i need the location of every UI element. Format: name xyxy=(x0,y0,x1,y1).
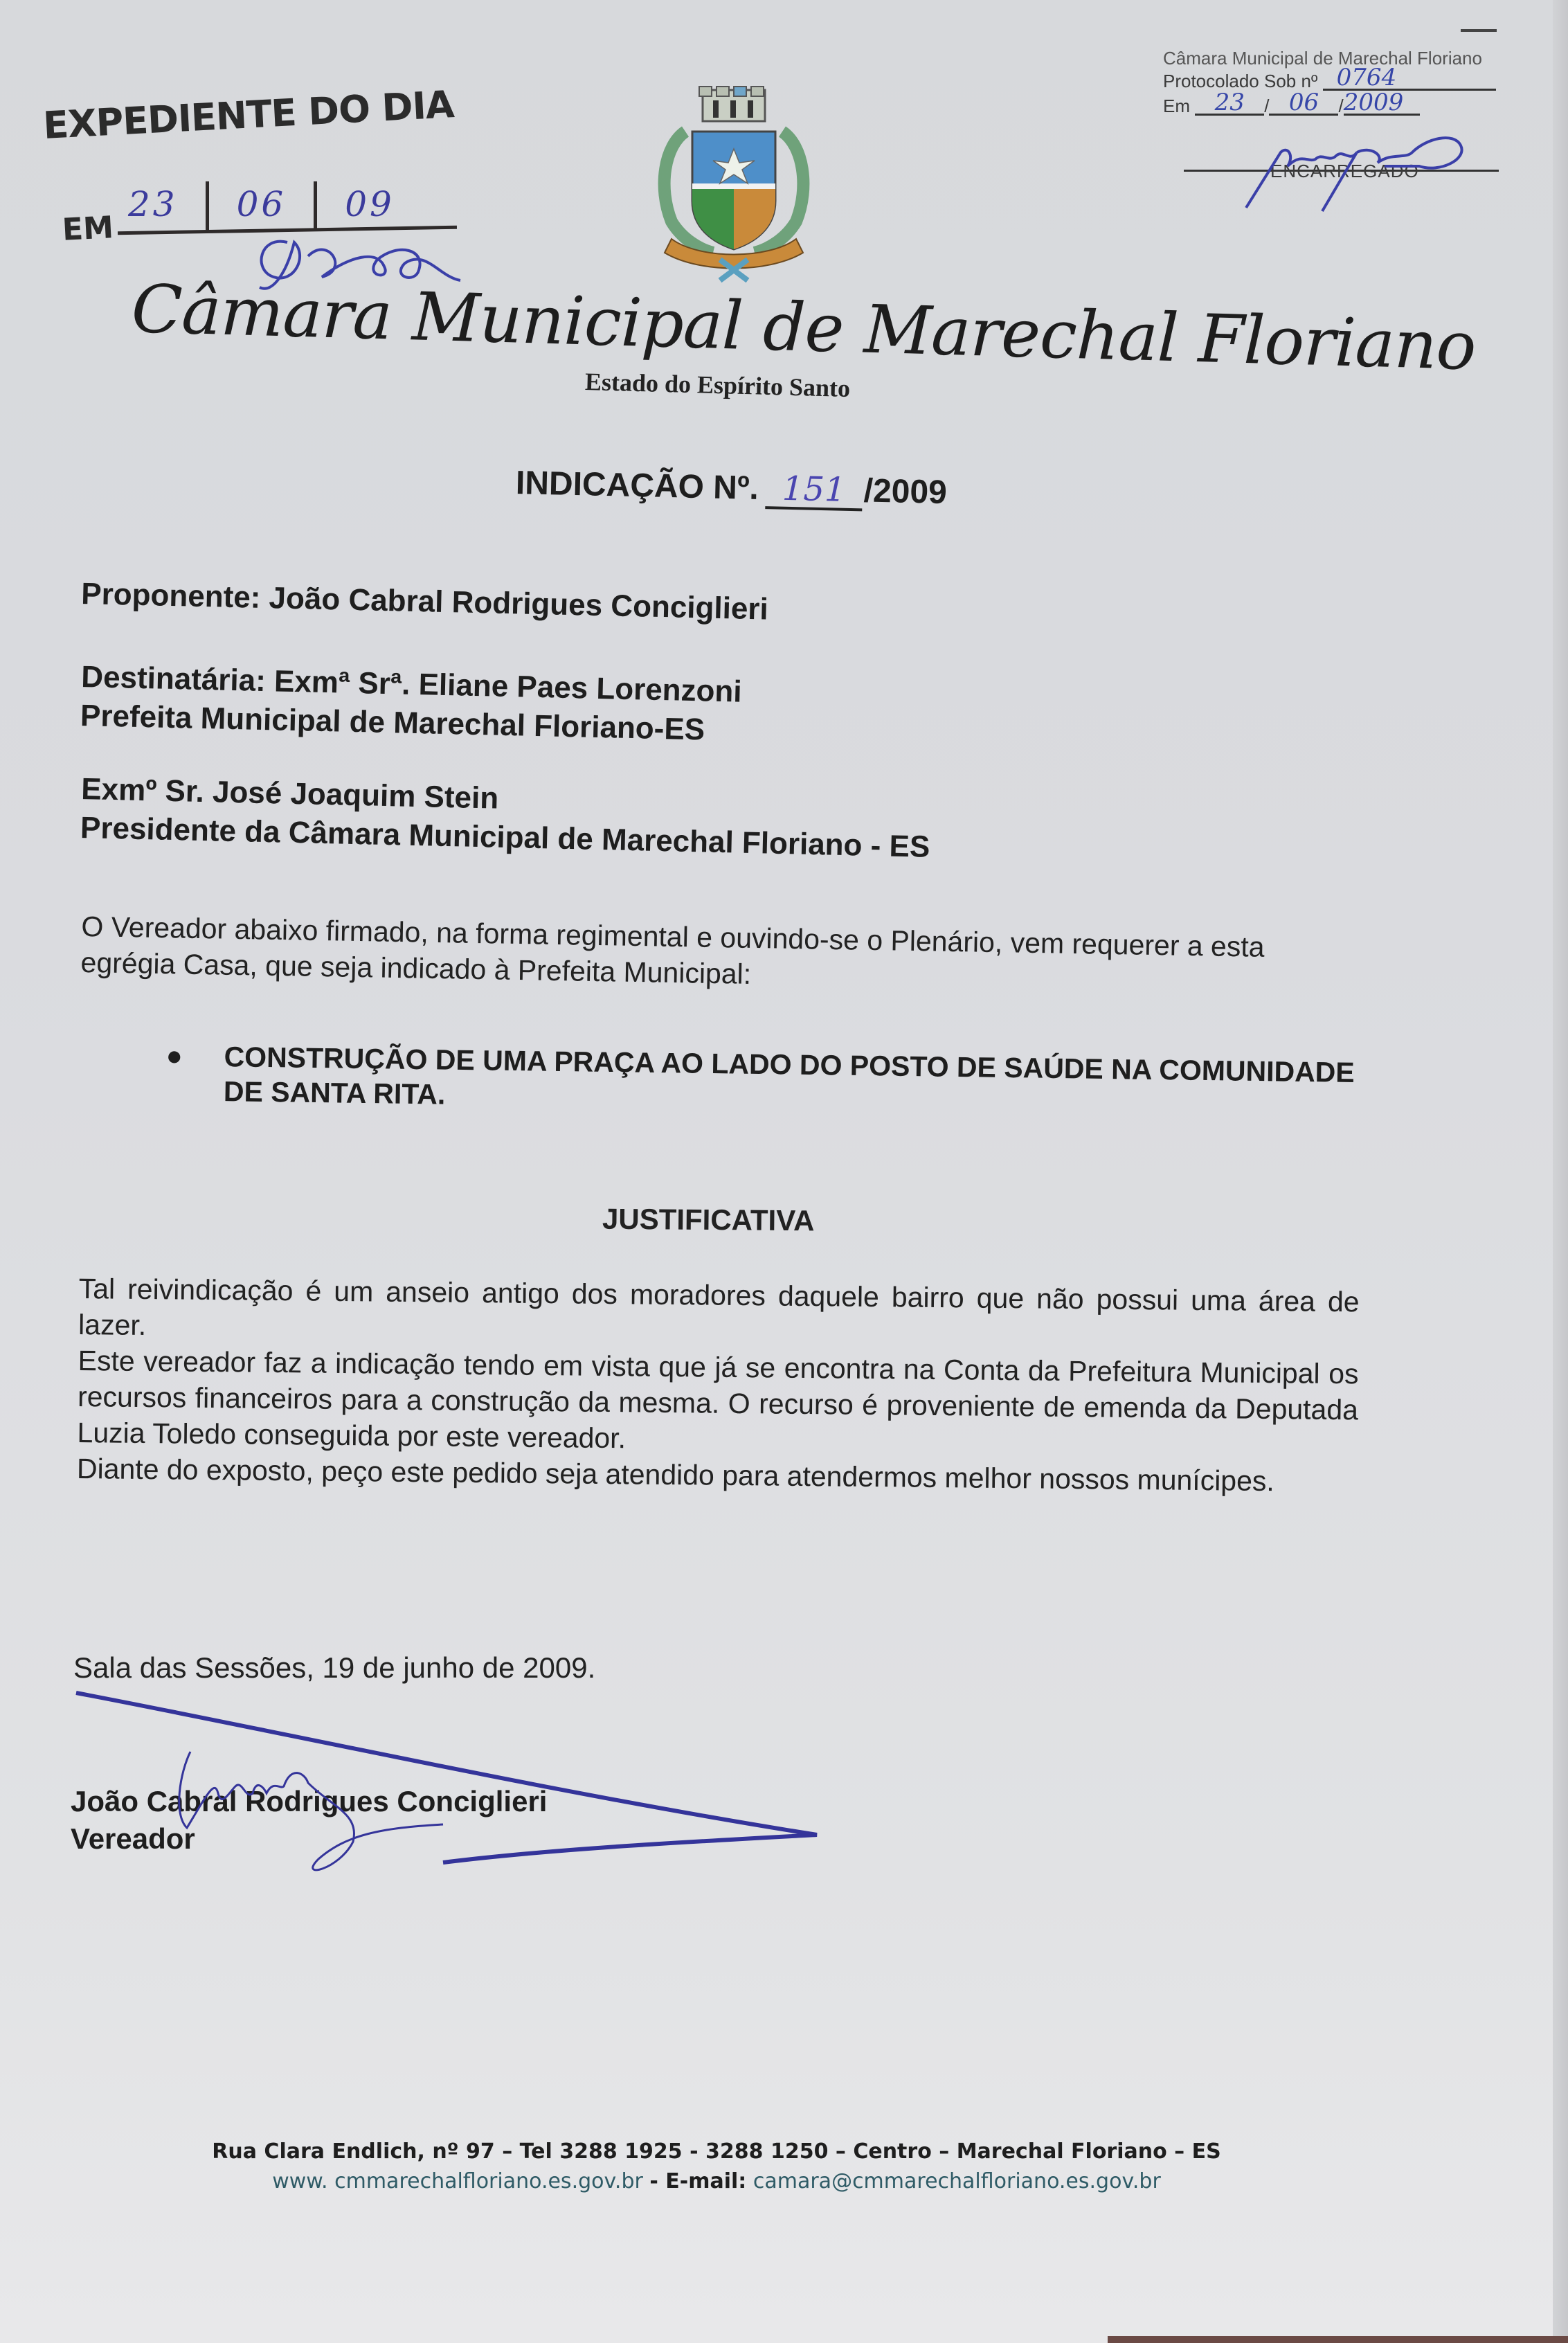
footer-address: Rua Clara Endlich, nº 97 – Tel 3288 1925… xyxy=(156,2139,1277,2164)
background-strip xyxy=(1108,2336,1568,2343)
coat-of-arms-icon xyxy=(644,83,824,284)
date-separator xyxy=(314,181,317,230)
footer-website-link[interactable]: www. cmmarechalfloriano.es.gov.br xyxy=(272,2169,643,2193)
protocol-date-day-field: 23 xyxy=(1195,93,1264,116)
corner-mark xyxy=(1461,29,1497,32)
intro-paragraph: O Vereador abaixo firmado, na forma regi… xyxy=(80,908,1362,1003)
protocol-number-row: Protocolado Sob nº 0764 xyxy=(1163,68,1523,87)
protocol-date-month-field: 06 xyxy=(1269,93,1338,116)
letterhead-title: Câmara Municipal de Marechal Floriano xyxy=(130,270,1477,385)
expediente-date-month: 06 xyxy=(237,184,287,224)
handwritten-signature-icon xyxy=(69,1689,865,1883)
indicacao-number: 151 xyxy=(765,470,863,511)
expediente-date-year: 09 xyxy=(345,184,395,224)
justificativa-body: Tal reivindicação é um anseio antigo dos… xyxy=(77,1271,1360,1500)
indicacao-year: /2009 xyxy=(863,472,947,511)
protocol-number-field: 0764 xyxy=(1323,68,1496,91)
request-item: ● CONSTRUÇÃO DE UMA PRAÇA AO LADO DO POS… xyxy=(165,1039,1364,1124)
bullet-icon: ● xyxy=(165,1039,224,1108)
document-page: EXPEDIENTE DO DIA EM 23 06 09 xyxy=(0,0,1568,2343)
footer-email-link[interactable]: camara@cmmarechalfloriano.es.gov.br xyxy=(753,2169,1161,2193)
justificativa-heading: JUSTIFICATIVA xyxy=(602,1203,815,1238)
proponente: Proponente: João Cabral Rodrigues Concig… xyxy=(81,575,1369,643)
recipient-president: Exmº Sr. José Joaquim Stein Presidente d… xyxy=(80,770,1369,877)
footer: Rua Clara Endlich, nº 97 – Tel 3288 1925… xyxy=(156,2139,1277,2193)
page-edge xyxy=(1553,0,1568,2343)
destinataria: Destinatária: Exmª Srª. Eliane Paes Lore… xyxy=(80,658,1369,764)
justificativa-paragraph: Tal reivindicação é um anseio antigo dos… xyxy=(78,1271,1360,1356)
date-separator xyxy=(206,181,209,230)
protocol-signature-icon xyxy=(1218,125,1495,215)
request-text: CONSTRUÇÃO DE UMA PRAÇA AO LADO DO POSTO… xyxy=(224,1039,1364,1124)
protocol-date-year-field: 2009 xyxy=(1344,93,1420,116)
protocol-stamp: Câmara Municipal de Marechal Floriano Pr… xyxy=(1163,48,1523,112)
protocol-date-label: Em xyxy=(1163,96,1190,116)
footer-contacts: www. cmmarechalfloriano.es.gov.br - E-ma… xyxy=(156,2169,1277,2193)
expediente-date: 23 06 09 xyxy=(128,181,395,224)
expediente-date-day: 23 xyxy=(128,184,178,224)
protocol-date-month: 06 xyxy=(1289,89,1319,116)
protocol-date-year: 2009 xyxy=(1344,89,1404,116)
letterhead-subtitle: Estado do Espírito Santo xyxy=(585,367,851,403)
protocol-date-row: Em 23/06/2009 xyxy=(1163,93,1523,112)
protocol-number: 0764 xyxy=(1337,64,1397,91)
expediente-stamp-title: EXPEDIENTE DO DIA xyxy=(42,82,455,147)
indicacao-label: INDICAÇÃO Nº. xyxy=(515,465,759,507)
expediente-em-label: EM xyxy=(62,210,114,248)
place-and-date: Sala das Sessões, 19 de junho de 2009. xyxy=(73,1651,595,1685)
justificativa-paragraph: Este vereador faz a indicação tendo em v… xyxy=(77,1343,1359,1464)
footer-email-label: - E-mail: xyxy=(649,2169,746,2193)
indicacao-heading: INDICAÇÃO Nº.151/2009 xyxy=(515,464,947,513)
protocol-date-day: 23 xyxy=(1215,89,1245,116)
